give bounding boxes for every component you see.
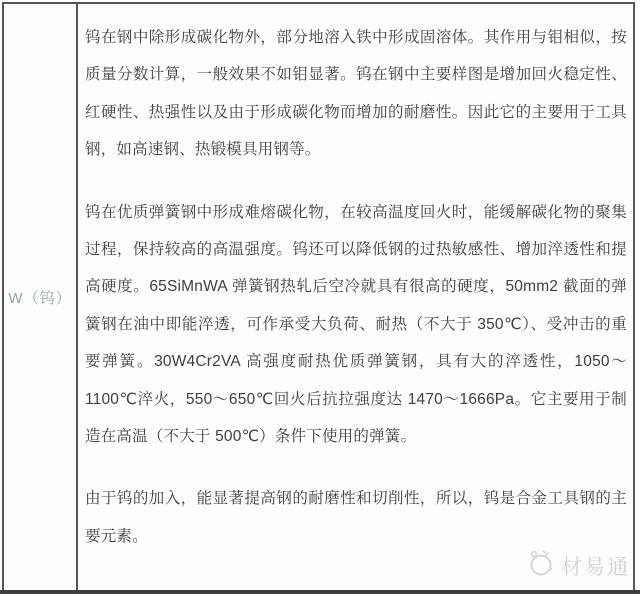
element-label: W（钨） bbox=[8, 287, 71, 308]
document-page: W（钨） 钨在钢中除形成碳化物外，部分地溶入铁中形成固溶体。其作用与钼相似，按质… bbox=[0, 0, 640, 596]
element-description-cell: 钨在钢中除形成碳化物外，部分地溶入铁中形成固溶体。其作用与钼相似，按质量分数计算… bbox=[78, 4, 633, 590]
watermark: 材易通 bbox=[526, 547, 630, 584]
paragraph-carbide-solid-solution: 钨在钢中除形成碳化物外，部分地溶入铁中形成固溶体。其作用与钼相似，按质量分数计算… bbox=[85, 19, 627, 169]
bottom-divider-bar bbox=[0, 590, 640, 594]
paragraph-spring-steel: 钨在优质弹簧钢中形成难熔碳化物，在较高温度回火时，能缓解碳化物的聚集过程，保持较… bbox=[85, 194, 627, 456]
element-label-cell: W（钨） bbox=[4, 4, 78, 590]
watermark-text: 材易通 bbox=[561, 551, 630, 581]
watermark-logo-icon bbox=[526, 547, 556, 584]
alloy-element-table-row: W（钨） 钨在钢中除形成碳化物外，部分地溶入铁中形成固溶体。其作用与钼相似，按质… bbox=[2, 2, 635, 590]
paragraph-tool-steel-conclusion: 由于钨的加入，能显著提高钢的耐磨性和切削性，所以，钨是合金工具钢的主要元素。 bbox=[85, 480, 627, 555]
